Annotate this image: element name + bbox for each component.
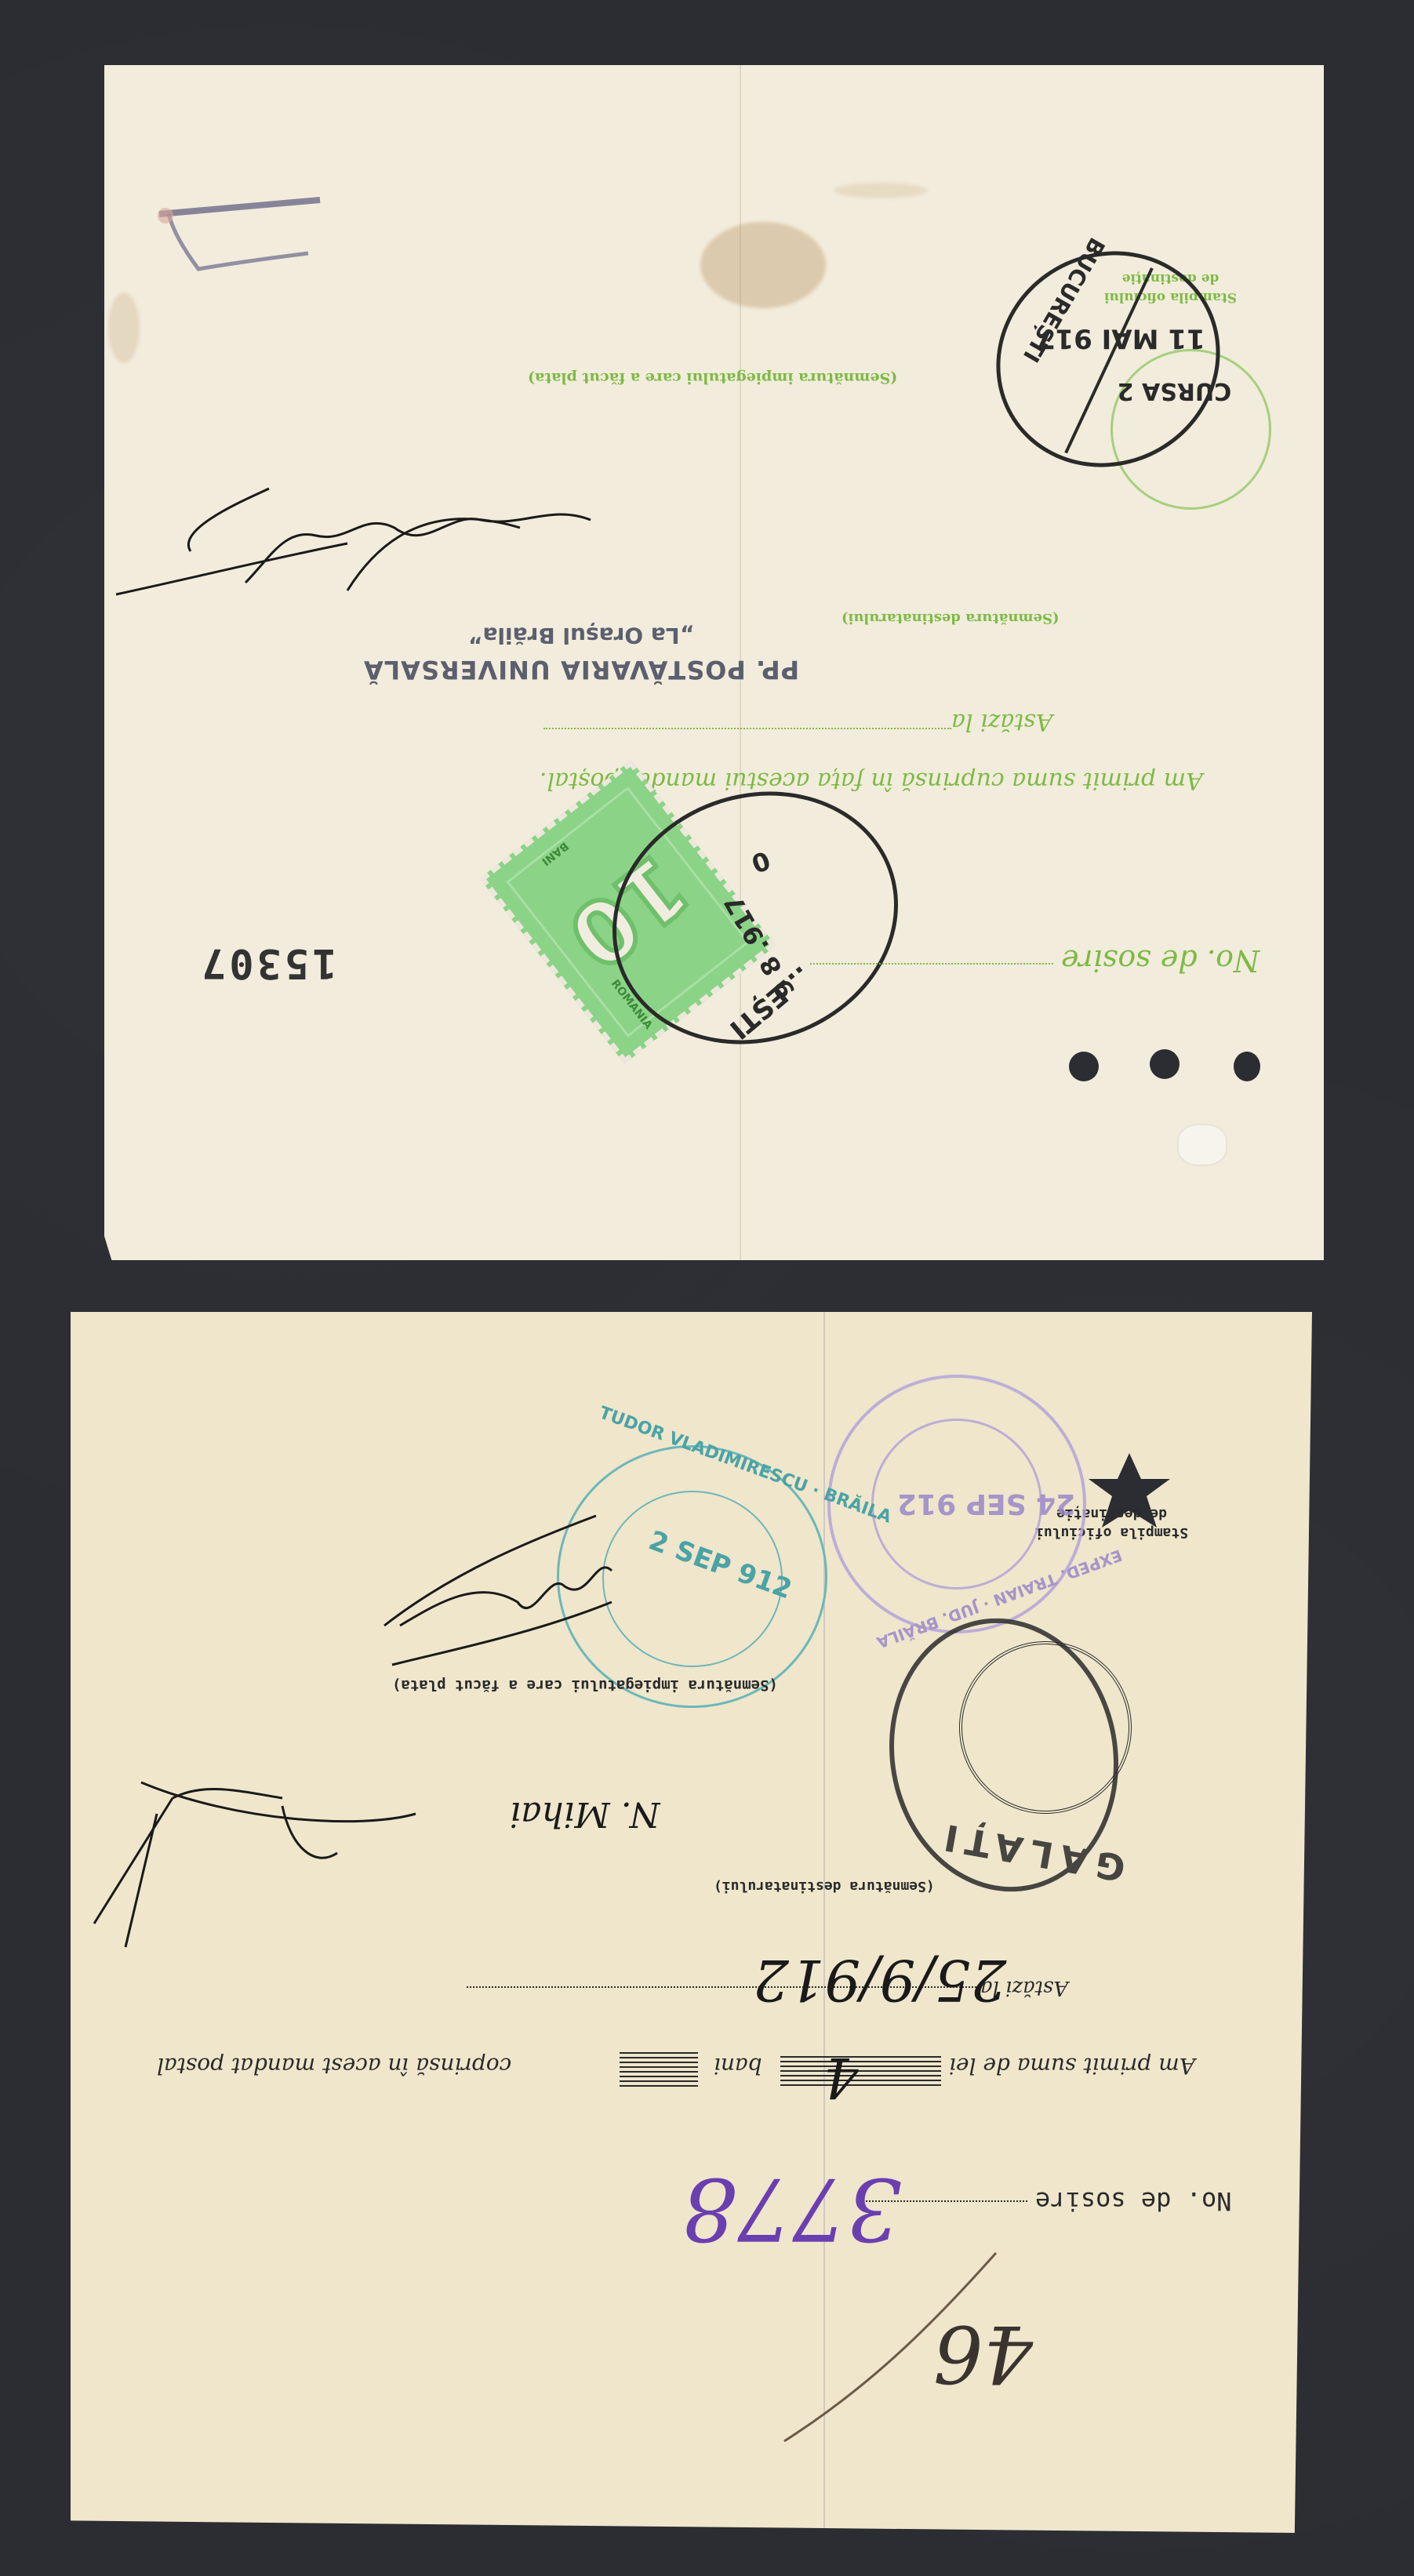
date-dotted-line — [543, 728, 951, 729]
punch-hole — [1069, 1052, 1099, 1081]
handstamp-postavaria: PP. POSTĂVARIA UNIVERSALĂ „La Orașul Bră… — [363, 618, 799, 687]
bani-label: bani — [714, 2053, 762, 2079]
recipient-name-handwritten: N. Mihai — [510, 1794, 660, 1834]
arrival-no-label: No. de sosire — [1035, 2186, 1231, 2216]
stain — [834, 183, 928, 198]
date-handwritten: 25/9/912 — [753, 1947, 1006, 2013]
paper-damage — [1179, 1125, 1226, 1164]
stain — [700, 222, 826, 308]
recipient-signature-label: (Semnătura destinatarului) — [841, 610, 1059, 627]
arrival-no-label: No. de sosire — [1061, 943, 1260, 978]
punch-hole — [1234, 1052, 1260, 1081]
received-sum-prefix: Am primit suma de lei — [949, 2053, 1195, 2079]
arrival-number-handwritten: 3778 — [682, 2159, 902, 2259]
recipient-signature-label: (Semnătura destinatarului) — [714, 1878, 935, 1895]
amount-bani-box — [620, 2049, 698, 2087]
recipient-signature — [78, 1751, 596, 1955]
clerk-signature-label: (Semnătura impiegatului care a făcut pla… — [528, 369, 897, 387]
money-order-card-top: Stampila oficiului de destinație 11 MAI … — [104, 65, 1324, 1260]
page-number-handwritten: 46 — [933, 2308, 1033, 2400]
amount-lei-handwritten: 4 — [823, 2045, 859, 2109]
clerk-signature-label: (Semnătura impiegatului care a făcut pla… — [392, 1677, 778, 1694]
amount-lei-box — [780, 2053, 941, 2086]
clerk-signature — [361, 1508, 674, 1680]
punch-hole — [1150, 1049, 1180, 1079]
arrival-no-dotted-line — [810, 963, 1053, 965]
number-stamp: 15307 — [198, 939, 337, 986]
money-order-card-bottom: Stampila oficiului de destinație 24 SEP … — [71, 1312, 1312, 2533]
date-label: Astăzi la — [951, 708, 1052, 736]
crayon-mark — [151, 191, 355, 300]
received-sum-suffix: coprinsă în acest mandat postal — [157, 2053, 511, 2079]
postmark-galati: GALAȚI — [868, 1600, 1140, 1909]
stain — [108, 292, 140, 363]
